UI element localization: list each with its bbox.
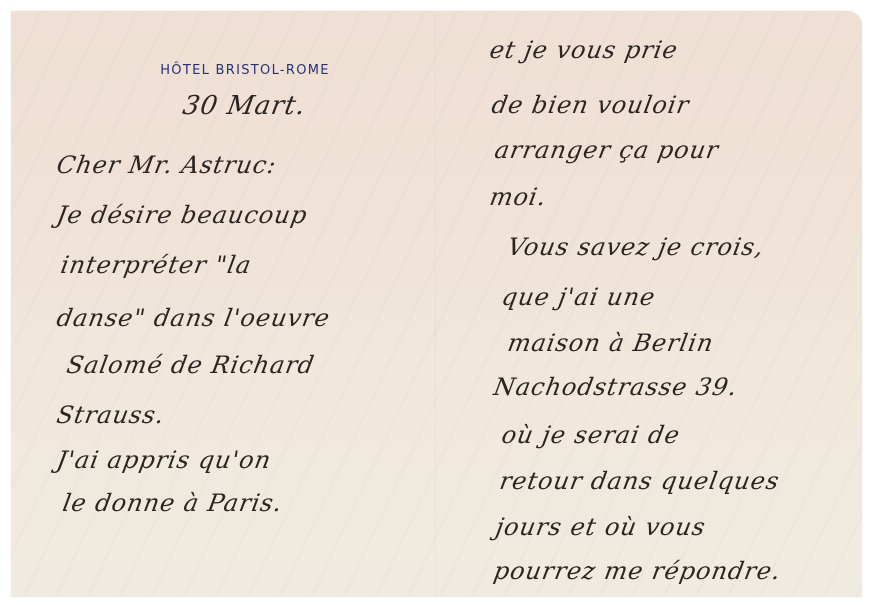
body-line: et je vous prie — [488, 36, 681, 64]
body-line: Salomé de Richard — [65, 351, 317, 379]
center-fold — [435, 11, 437, 597]
body-line: le donne à Paris. — [61, 489, 285, 517]
body-line: Je désire beaucoup — [55, 201, 310, 229]
body-line: J'ai appris qu'on — [55, 446, 274, 474]
letterhead: HÔTEL BRISTOL-ROME — [135, 63, 355, 78]
salutation: Cher Mr. Astruc: — [55, 151, 279, 179]
date-line: 30 Mart. — [180, 91, 308, 121]
body-line: jours et où vous — [494, 513, 708, 541]
body-line: moi. — [488, 183, 549, 211]
body-line: interpréter "la — [59, 251, 254, 279]
body-line: maison à Berlin — [506, 329, 717, 357]
body-line: danse" dans l'oeuvre — [55, 304, 333, 332]
body-line: pourrez me répondre. — [492, 557, 784, 585]
body-line: Strauss. — [55, 401, 168, 429]
body-line: où je serai de — [500, 421, 683, 449]
body-line: de bien vouloir — [490, 91, 692, 119]
letter-paper: HÔTEL BRISTOL-ROME 30 Mart. Cher Mr. Ast… — [11, 11, 862, 597]
body-line: Vous savez je crois, — [506, 233, 767, 261]
body-line: retour dans quelques — [498, 467, 782, 495]
address-line: Nachodstrasse 39. — [492, 373, 740, 401]
body-line: que j'ai une — [500, 283, 658, 311]
body-line: arranger ça pour — [493, 136, 722, 164]
